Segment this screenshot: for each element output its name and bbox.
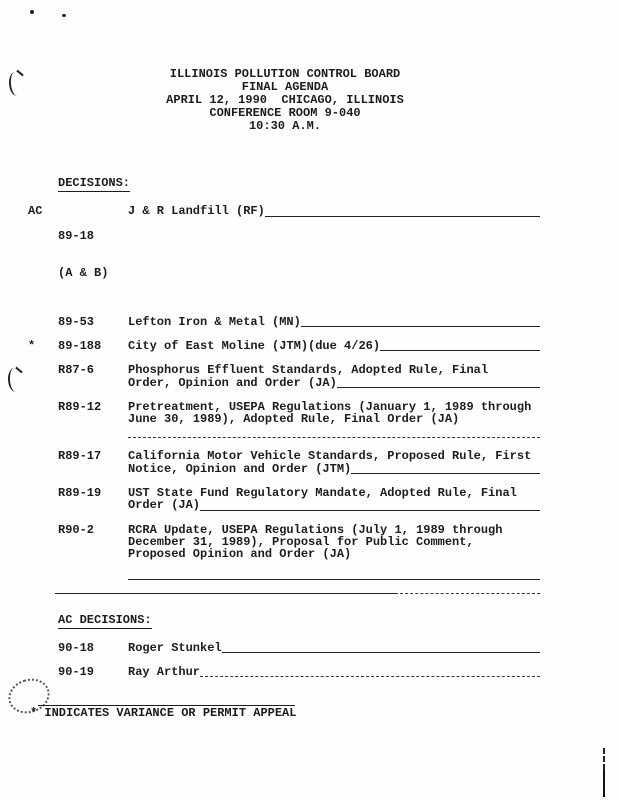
agenda-document-page: ILLINOIS POLLUTION CONTROL BOARD FINAL A…: [0, 0, 618, 800]
section-separator-line: [55, 592, 540, 594]
footnote: * INDICATES VARIANCE OR PERMIT APPEAL: [30, 705, 296, 719]
agenda-row: R87-6 Phosphorus Effluent Standards, Ado…: [28, 364, 540, 389]
scan-speck-icon: [30, 10, 34, 14]
blank-line: [222, 652, 540, 653]
row-docket: R87-6: [58, 364, 128, 389]
agenda-row: R89-17 California Motor Vehicle Standard…: [28, 450, 540, 475]
agenda-row: 90-19 Ray Arthur: [28, 666, 540, 678]
row-docket: 89-53: [58, 316, 128, 328]
row-description: Lefton Iron & Metal (MN): [128, 316, 540, 328]
blank-line: [265, 216, 540, 217]
blank-line: [200, 676, 540, 677]
document-date-location: APRIL 12, 1990 CHICAGO, ILLINOIS: [85, 94, 485, 106]
row-margin-code: *: [28, 340, 58, 352]
scan-edge-line-dashed: [603, 748, 605, 770]
agenda-row: 90-18 Roger Stunkel: [28, 642, 540, 654]
scan-speck-icon: [62, 14, 66, 17]
row-description: RCRA Update, USEPA Regulations (July 1, …: [128, 524, 540, 580]
row-margin-code: [28, 487, 58, 512]
row-description: UST State Fund Regulatory Mandate, Adopt…: [128, 487, 540, 512]
document-subtitle: FINAL AGENDA: [85, 81, 485, 93]
document-time: 10:30 A.M.: [85, 120, 485, 132]
row-docket: R89-19: [58, 487, 128, 512]
scan-edge-line-solid: [603, 770, 605, 797]
row-docket: R90-2: [58, 524, 128, 580]
row-docket: 89-188: [58, 340, 128, 352]
agenda-row: AC 89-18 (A & B) J & R Landfill (RF): [28, 205, 540, 303]
row-margin-code: [28, 316, 58, 328]
blank-line: [200, 510, 540, 511]
row-margin-code: [28, 401, 58, 439]
footnote-marker: *: [30, 706, 37, 720]
agenda-row: 89-53 Lefton Iron & Metal (MN): [28, 316, 540, 328]
blank-line: [128, 425, 540, 438]
row-docket: R89-17: [58, 450, 128, 475]
row-description: J & R Landfill (RF): [128, 205, 540, 303]
agenda-row: R89-19 UST State Fund Regulatory Mandate…: [28, 487, 540, 512]
row-description: Roger Stunkel: [128, 642, 540, 654]
blank-line: [337, 387, 540, 388]
row-description: Pretreatment, USEPA Regulations (January…: [128, 401, 540, 439]
footnote-text: INDICATES VARIANCE OR PERMIT APPEAL: [44, 706, 296, 720]
agenda-body: DECISIONS: AC 89-18 (A & B) J & R Landfi…: [28, 177, 540, 690]
blank-line: [301, 326, 540, 327]
row-description: California Motor Vehicle Standards, Prop…: [128, 450, 540, 475]
agenda-row: R89-12 Pretreatment, USEPA Regulations (…: [28, 401, 540, 439]
document-header: ILLINOIS POLLUTION CONTROL BOARD FINAL A…: [85, 68, 485, 132]
blank-line: [128, 567, 540, 580]
ac-decisions-section-heading: AC DECISIONS:: [58, 614, 152, 626]
document-title: ILLINOIS POLLUTION CONTROL BOARD: [85, 68, 485, 80]
scan-edge-line: [603, 748, 605, 797]
row-description: Phosphorus Effluent Standards, Adopted R…: [128, 364, 540, 389]
agenda-row: R90-2 RCRA Update, USEPA Regulations (Ju…: [28, 524, 540, 580]
row-docket: 90-19: [58, 666, 128, 678]
row-margin-code: [28, 450, 58, 475]
row-margin-code: [28, 364, 58, 389]
row-description: Ray Arthur: [128, 666, 540, 678]
blank-line: [351, 473, 540, 474]
decisions-section-heading: DECISIONS:: [58, 177, 130, 189]
agenda-row: * 89-188 City of East Moline (JTM)(due 4…: [28, 340, 540, 352]
row-margin-code: AC: [28, 205, 58, 303]
row-docket: 89-18 (A & B): [58, 205, 128, 303]
row-docket: R89-12: [58, 401, 128, 439]
blank-line: [380, 350, 540, 351]
row-docket: 90-18: [58, 642, 128, 654]
document-room: CONFERENCE ROOM 9-040: [85, 107, 485, 119]
row-margin-code: [28, 524, 58, 580]
row-description: City of East Moline (JTM)(due 4/26): [128, 340, 540, 352]
